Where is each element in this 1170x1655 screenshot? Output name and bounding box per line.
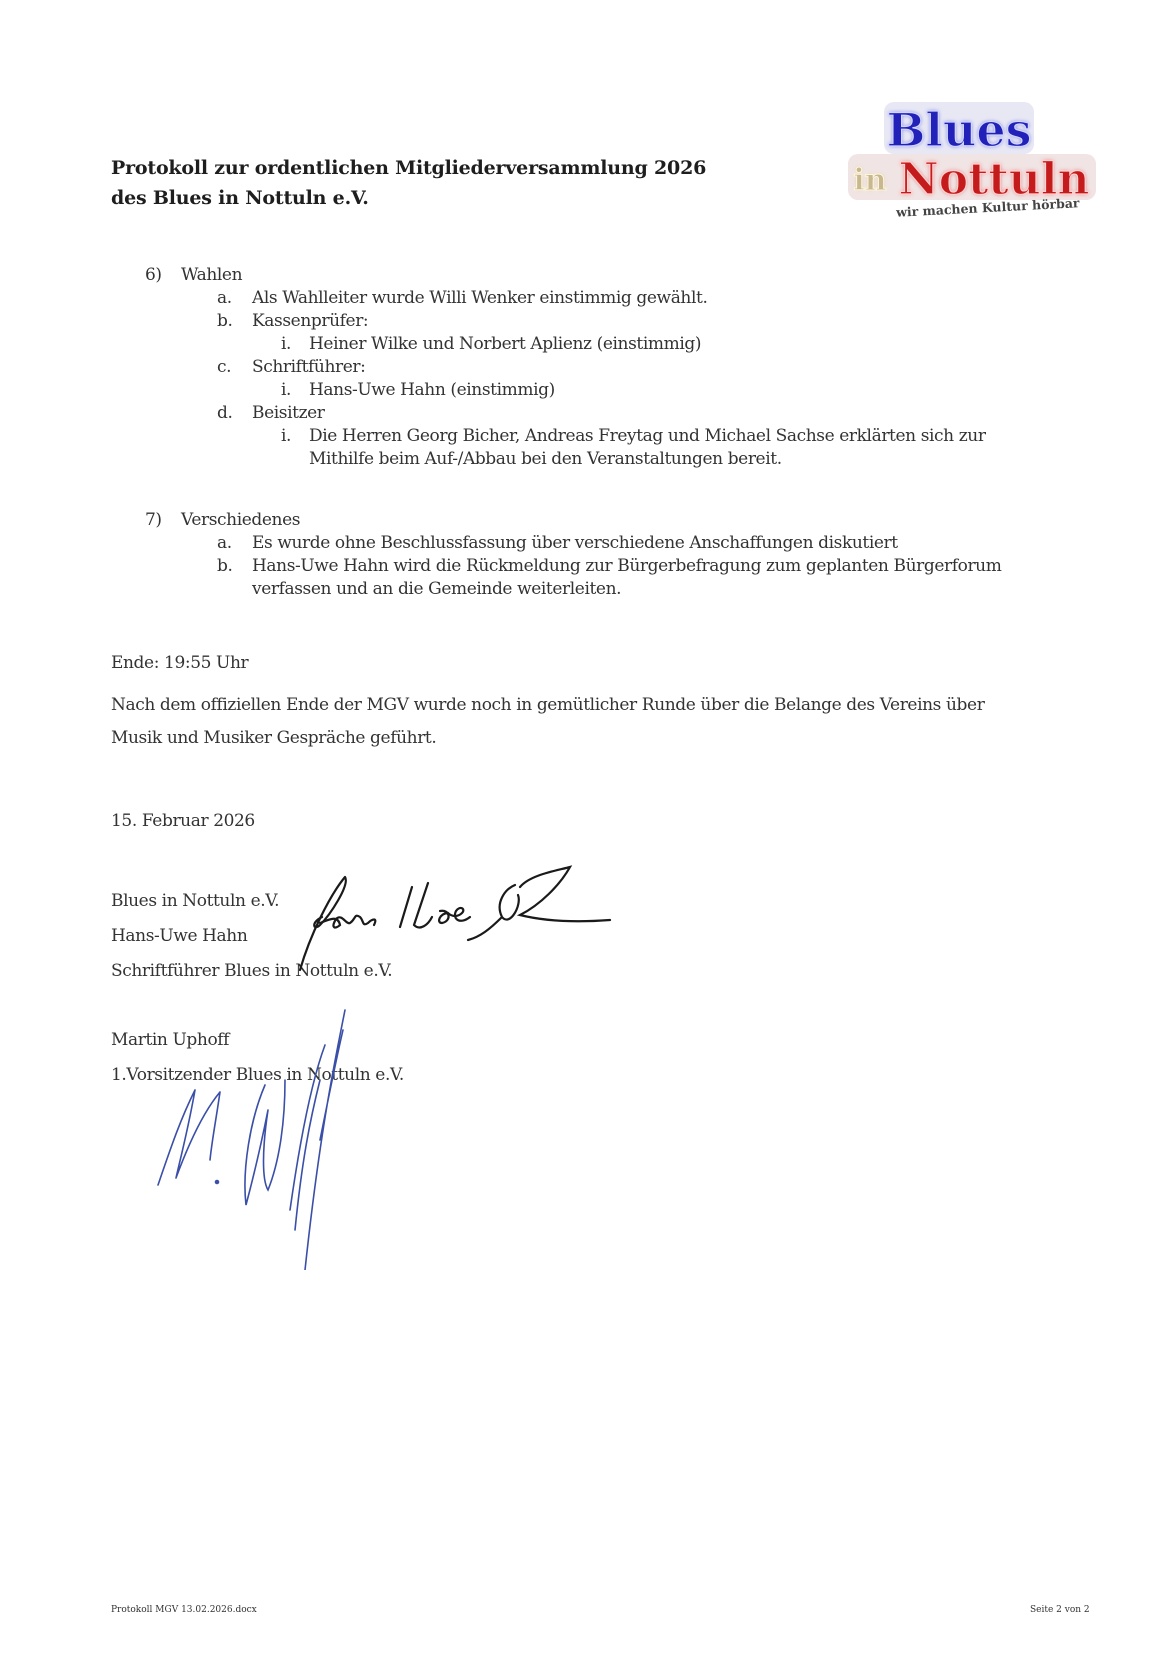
subitem-text: Hans-Uwe Hahn (einstimmig) [309,380,555,400]
item-text: Als Wahlleiter wurde Willi Wenker einsti… [252,288,707,308]
document-title-line-2: des Blues in Nottuln e.V. [111,187,369,209]
item-text: Beisitzer [252,403,325,423]
item-label: a. [217,533,232,553]
item-text: Kassenprüfer: [252,311,368,331]
section-6-title: Wahlen [181,265,242,285]
item-label: b. [217,311,233,331]
subitem-text-continued: Mithilfe beim Auf-/Abbau bei den Veranst… [309,449,782,469]
section-7-title: Verschiedenes [181,510,300,530]
closing-text-line-2: Musik und Musiker Gespräche geführt. [111,728,436,748]
signatory-1-name: Hans-Uwe Hahn [111,926,247,946]
document-title-line-1: Protokoll zur ordentlichen Mitgliederver… [111,157,706,179]
signature-martin-uphoff [150,1000,380,1270]
signatory-1-organization: Blues in Nottuln e.V. [111,891,279,911]
subitem-text: Die Herren Georg Bicher, Andreas Freytag… [309,426,986,446]
svg-text:in: in [853,163,886,198]
item-label: d. [217,403,233,423]
blues-in-nottuln-logo: Blues in Nottuln wir machen Kultur hörba… [848,98,1104,218]
signature-hans-uwe-hahn [290,865,650,985]
closing-text-line-1: Nach dem offiziellen Ende der MGV wurde … [111,695,984,715]
item-text-continued: verfassen und an die Gemeinde weiterleit… [252,579,621,599]
end-time: Ende: 19:55 Uhr [111,653,248,673]
footer-filename: Protokoll MGV 13.02.2026.docx [111,1605,257,1615]
subitem-label: i. [281,380,291,400]
subitem-label: i. [281,426,291,446]
item-label: a. [217,288,232,308]
subitem-text: Heiner Wilke und Norbert Aplienz (einsti… [309,334,701,354]
section-7-number: 7) [145,510,162,530]
item-text: Schriftführer: [252,357,365,377]
item-label: c. [217,357,231,377]
section-6-number: 6) [145,265,162,285]
svg-text:Blues: Blues [887,103,1032,157]
item-text: Hans-Uwe Hahn wird die Rückmeldung zur B… [252,556,1001,576]
subitem-label: i. [281,334,291,354]
footer-page-number: Seite 2 von 2 [1030,1605,1090,1615]
item-label: b. [217,556,233,576]
document-date: 15. Februar 2026 [111,811,255,831]
item-text: Es wurde ohne Beschlussfassung über vers… [252,533,898,553]
